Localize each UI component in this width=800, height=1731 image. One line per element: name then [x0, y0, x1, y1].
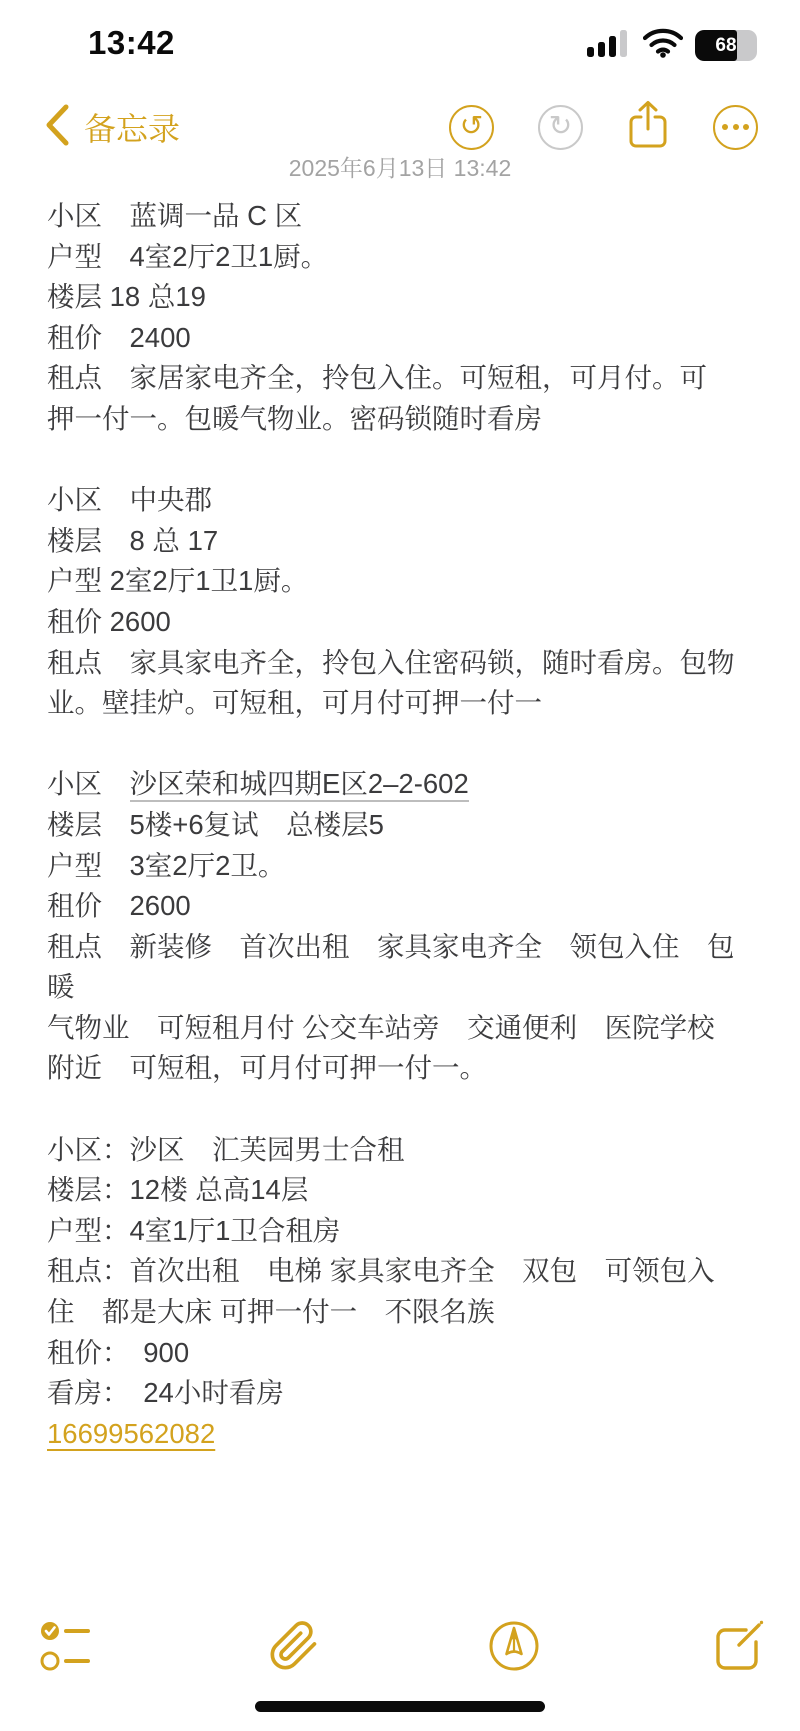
note-line: 楼层 18 总19: [47, 277, 760, 318]
note-line: 业。壁挂炉。可短租，可月付可押一付一: [47, 683, 760, 724]
notes-app-screen: 13:42: [0, 0, 800, 1731]
more-button[interactable]: [713, 105, 758, 150]
note-line: 看房： 24小时看房: [47, 1373, 760, 1414]
note-body[interactable]: 小区 蓝调一品 C 区户型 4室2厅2卫1厨。楼层 18 总19租价 2400租…: [47, 196, 760, 1454]
clock: 13:42: [88, 24, 175, 62]
note-line: 押一付一。包暖气物业。密码锁随时看房: [47, 399, 760, 440]
note-line: 楼层 8 总 17: [47, 521, 760, 562]
note-line: 租点 家居家电齐全，拎包入住。可短租，可月付。可: [47, 358, 760, 399]
redo-button[interactable]: ↻: [538, 105, 583, 150]
markup-button[interactable]: [488, 1620, 540, 1677]
undo-icon: ↺: [460, 112, 483, 140]
note-line: 户型：4室1厅1卫合租房: [47, 1211, 760, 1252]
checklist-button[interactable]: [40, 1620, 92, 1679]
blank-line: [47, 440, 760, 481]
redo-icon: ↻: [549, 112, 572, 140]
note-line: 小区 中央郡: [47, 480, 760, 521]
ellipsis-icon: [722, 124, 749, 130]
wifi-icon: [643, 28, 683, 63]
markup-pen-icon: [488, 1659, 540, 1676]
note-line: 小区：沙区 汇芙园男士合租: [47, 1130, 760, 1171]
note-line: 附近 可短租，可月付可押一付一。: [47, 1048, 760, 1089]
note-line: 户型 3室2厅2卫。: [47, 846, 760, 887]
note-line: 楼层 5楼+6复试 总楼层5: [47, 805, 760, 846]
compose-button[interactable]: [712, 1620, 766, 1677]
status-bar: 13:42: [0, 0, 800, 70]
home-indicator[interactable]: [255, 1701, 545, 1712]
note-line: 小区 蓝调一品 C 区: [47, 196, 760, 237]
battery-percent: 68: [695, 30, 757, 61]
note-line: 住 都是大床 可押一付一 不限名族: [47, 1292, 760, 1333]
chevron-left-icon: [44, 103, 70, 152]
attachment-button[interactable]: [268, 1620, 320, 1677]
note-line: 租点：首次出租 电梯 家具家电齐全 双包 可领包入: [47, 1251, 760, 1292]
note-line: 楼层：12楼 总高14层: [47, 1170, 760, 1211]
note-line: 租价 2400: [47, 318, 760, 359]
paperclip-icon: [268, 1659, 320, 1676]
underlined-address: 沙区荣和城四期E区2–2-602: [130, 768, 469, 802]
checklist-icon: [40, 1661, 92, 1678]
note-line: 租价 2600: [47, 602, 760, 643]
note-line: 户型 2室2厅1卫1厨。: [47, 561, 760, 602]
cellular-signal-icon: [587, 28, 631, 63]
blank-line: [47, 1089, 760, 1130]
compose-icon: [712, 1659, 766, 1676]
note-line: 租价 2600: [47, 886, 760, 927]
status-icons: 68: [587, 28, 752, 63]
note-line: 租点 家具家电齐全，拎包入住密码锁，随时看房。包物: [47, 643, 760, 684]
note-line: 租价： 900: [47, 1333, 760, 1374]
note-line: 小区 沙区荣和城四期E区2–2-602: [47, 764, 760, 805]
battery-icon: 68: [695, 30, 752, 61]
note-date: 2025年6月13日 13:42: [0, 150, 800, 183]
phone-number-link[interactable]: 16699562082: [47, 1414, 760, 1455]
share-button[interactable]: [627, 100, 669, 155]
blank-line: [47, 724, 760, 765]
note-line: 租点 新装修 首次出租 家具家电齐全 领包入住 包暖: [47, 927, 760, 1008]
undo-button[interactable]: ↺: [449, 105, 494, 150]
back-label: 备忘录: [84, 104, 180, 150]
note-line: 户型 4室2厅2卫1厨。: [47, 237, 760, 278]
note-line: 气物业 可短租月付 公交车站旁 交通便利 医院学校: [47, 1008, 760, 1049]
